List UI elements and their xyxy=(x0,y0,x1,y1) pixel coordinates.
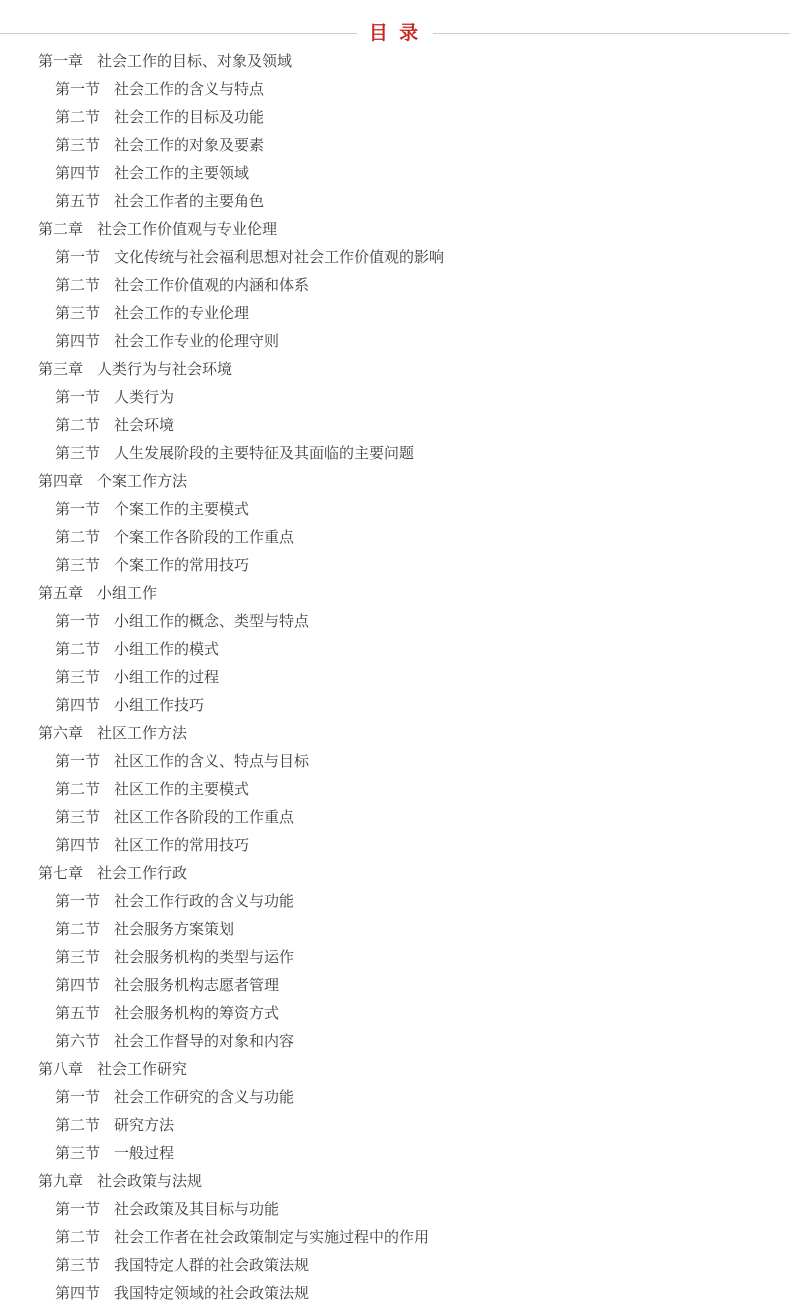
chapter-title: 社会工作行政 xyxy=(97,865,187,882)
chapter-title: 个案工作方法 xyxy=(97,473,187,490)
toc-section-row: 第三节我国特定人群的社会政策法规 xyxy=(0,1252,790,1280)
toc-section-row: 第三节社会工作的对象及要素 xyxy=(0,132,790,160)
chapter-label: 第二章 xyxy=(38,221,83,238)
section-title: 社会工作的主要领域 xyxy=(114,165,249,182)
section-title: 社区工作的含义、特点与目标 xyxy=(114,753,309,770)
section-label: 第五节 xyxy=(55,193,100,210)
section-title: 社会服务方案策划 xyxy=(114,921,234,938)
section-title: 社会政策及其目标与功能 xyxy=(114,1201,279,1218)
chapter-label: 第四章 xyxy=(38,473,83,490)
section-label: 第一节 xyxy=(55,893,100,910)
toc-chapter-row: 第九章社会政策与法规 xyxy=(0,1168,790,1196)
toc-section-row: 第二节社会工作的目标及功能 xyxy=(0,104,790,132)
section-label: 第三节 xyxy=(55,1145,100,1162)
toc-section-row: 第三节社会服务机构的类型与运作 xyxy=(0,944,790,972)
section-label: 第三节 xyxy=(55,949,100,966)
section-label: 第一节 xyxy=(55,753,100,770)
section-title: 社会工作者的主要角色 xyxy=(114,193,264,210)
section-label: 第五节 xyxy=(55,1005,100,1022)
section-label: 第二节 xyxy=(55,641,100,658)
chapter-title: 社会工作研究 xyxy=(97,1061,187,1078)
toc-section-row: 第二节社会服务方案策划 xyxy=(0,916,790,944)
section-title: 研究方法 xyxy=(114,1117,174,1134)
section-title: 社会环境 xyxy=(114,417,174,434)
chapter-label: 第一章 xyxy=(38,53,83,70)
section-title: 社会工作的对象及要素 xyxy=(114,137,264,154)
header-rule-right xyxy=(433,33,790,34)
section-label: 第三节 xyxy=(55,445,100,462)
section-title: 小组工作技巧 xyxy=(114,697,204,714)
toc-chapter-row: 第六章社区工作方法 xyxy=(0,720,790,748)
section-title: 文化传统与社会福利思想对社会工作价值观的影响 xyxy=(114,249,444,266)
toc-section-row: 第四节社会工作专业的伦理守则 xyxy=(0,328,790,356)
section-label: 第二节 xyxy=(55,1229,100,1246)
toc-header: 目 录 xyxy=(0,0,790,43)
toc-chapter-row: 第四章个案工作方法 xyxy=(0,468,790,496)
section-label: 第四节 xyxy=(55,165,100,182)
section-label: 第一节 xyxy=(55,249,100,266)
section-label: 第二节 xyxy=(55,921,100,938)
section-title: 个案工作的常用技巧 xyxy=(114,557,249,574)
section-title: 小组工作的概念、类型与特点 xyxy=(114,613,309,630)
section-title: 社会服务机构的类型与运作 xyxy=(114,949,294,966)
section-label: 第一节 xyxy=(55,501,100,518)
section-title: 社会工作专业的伦理守则 xyxy=(114,333,279,350)
section-title: 个案工作的主要模式 xyxy=(114,501,249,518)
section-label: 第三节 xyxy=(55,1257,100,1274)
section-label: 第一节 xyxy=(55,1089,100,1106)
section-title: 社会工作价值观的内涵和体系 xyxy=(114,277,309,294)
section-title: 社会服务机构的筹资方式 xyxy=(114,1005,279,1022)
section-label: 第四节 xyxy=(55,697,100,714)
chapter-label: 第七章 xyxy=(38,865,83,882)
chapter-label: 第九章 xyxy=(38,1173,83,1190)
toc-section-row: 第一节个案工作的主要模式 xyxy=(0,496,790,524)
section-label: 第三节 xyxy=(55,809,100,826)
section-label: 第六节 xyxy=(55,1033,100,1050)
toc-chapter-row: 第八章社会工作研究 xyxy=(0,1056,790,1084)
section-title: 人生发展阶段的主要特征及其面临的主要问题 xyxy=(114,445,414,462)
chapter-title: 人类行为与社会环境 xyxy=(97,361,232,378)
section-title: 社会工作行政的含义与功能 xyxy=(114,893,294,910)
section-label: 第一节 xyxy=(55,613,100,630)
toc-chapter-row: 第二章社会工作价值观与专业伦理 xyxy=(0,216,790,244)
section-label: 第二节 xyxy=(55,417,100,434)
toc-section-row: 第一节小组工作的概念、类型与特点 xyxy=(0,608,790,636)
section-label: 第一节 xyxy=(55,389,100,406)
toc-section-row: 第三节一般过程 xyxy=(0,1140,790,1168)
toc-chapter-row: 第五章小组工作 xyxy=(0,580,790,608)
toc-section-row: 第二节社会工作者在社会政策制定与实施过程中的作用 xyxy=(0,1224,790,1252)
section-label: 第三节 xyxy=(55,137,100,154)
section-label: 第二节 xyxy=(55,109,100,126)
section-label: 第三节 xyxy=(55,557,100,574)
section-title: 我国特定领域的社会政策法规 xyxy=(114,1285,309,1302)
toc-section-row: 第二节社会环境 xyxy=(0,412,790,440)
chapter-title: 社会工作的目标、对象及领域 xyxy=(97,53,292,70)
toc-chapter-row: 第一章社会工作的目标、对象及领域 xyxy=(0,48,790,76)
toc-section-row: 第二节社会工作价值观的内涵和体系 xyxy=(0,272,790,300)
toc-section-row: 第一节文化传统与社会福利思想对社会工作价值观的影响 xyxy=(0,244,790,272)
toc-list: 第一章社会工作的目标、对象及领域第一节社会工作的含义与特点第二节社会工作的目标及… xyxy=(0,48,790,1307)
header-rule-left xyxy=(0,33,357,34)
toc-section-row: 第四节我国特定领域的社会政策法规 xyxy=(0,1280,790,1307)
toc-section-row: 第五节社会工作者的主要角色 xyxy=(0,188,790,216)
section-label: 第三节 xyxy=(55,305,100,322)
chapter-title: 社会政策与法规 xyxy=(97,1173,202,1190)
section-label: 第二节 xyxy=(55,529,100,546)
section-title: 小组工作的模式 xyxy=(114,641,219,658)
toc-section-row: 第三节个案工作的常用技巧 xyxy=(0,552,790,580)
chapter-label: 第三章 xyxy=(38,361,83,378)
chapter-title: 社会工作价值观与专业伦理 xyxy=(97,221,277,238)
section-title: 社会工作的目标及功能 xyxy=(114,109,264,126)
toc-chapter-row: 第七章社会工作行政 xyxy=(0,860,790,888)
toc-section-row: 第三节社区工作各阶段的工作重点 xyxy=(0,804,790,832)
section-label: 第四节 xyxy=(55,837,100,854)
page-title: 目 录 xyxy=(357,24,433,43)
toc-section-row: 第二节个案工作各阶段的工作重点 xyxy=(0,524,790,552)
toc-page: 目 录 第一章社会工作的目标、对象及领域第一节社会工作的含义与特点第二节社会工作… xyxy=(0,0,790,1307)
toc-section-row: 第一节社会工作的含义与特点 xyxy=(0,76,790,104)
toc-section-row: 第一节人类行为 xyxy=(0,384,790,412)
chapter-label: 第五章 xyxy=(38,585,83,602)
toc-chapter-row: 第三章人类行为与社会环境 xyxy=(0,356,790,384)
section-label: 第四节 xyxy=(55,333,100,350)
chapter-title: 小组工作 xyxy=(97,585,157,602)
toc-section-row: 第六节社会工作督导的对象和内容 xyxy=(0,1028,790,1056)
section-title: 社会工作的含义与特点 xyxy=(114,81,264,98)
toc-section-row: 第四节社会工作的主要领域 xyxy=(0,160,790,188)
section-title: 个案工作各阶段的工作重点 xyxy=(114,529,294,546)
chapter-title: 社区工作方法 xyxy=(97,725,187,742)
toc-section-row: 第四节小组工作技巧 xyxy=(0,692,790,720)
toc-section-row: 第二节研究方法 xyxy=(0,1112,790,1140)
section-title: 社区工作的主要模式 xyxy=(114,781,249,798)
toc-section-row: 第一节社区工作的含义、特点与目标 xyxy=(0,748,790,776)
section-title: 我国特定人群的社会政策法规 xyxy=(114,1257,309,1274)
section-title: 一般过程 xyxy=(114,1145,174,1162)
toc-section-row: 第二节小组工作的模式 xyxy=(0,636,790,664)
section-title: 社会工作者在社会政策制定与实施过程中的作用 xyxy=(114,1229,429,1246)
chapter-label: 第八章 xyxy=(38,1061,83,1078)
section-title: 小组工作的过程 xyxy=(114,669,219,686)
section-title: 人类行为 xyxy=(114,389,174,406)
section-label: 第二节 xyxy=(55,1117,100,1134)
chapter-label: 第六章 xyxy=(38,725,83,742)
toc-section-row: 第一节社会工作行政的含义与功能 xyxy=(0,888,790,916)
toc-section-row: 第二节社区工作的主要模式 xyxy=(0,776,790,804)
section-label: 第三节 xyxy=(55,669,100,686)
section-label: 第一节 xyxy=(55,1201,100,1218)
section-label: 第四节 xyxy=(55,977,100,994)
toc-section-row: 第三节人生发展阶段的主要特征及其面临的主要问题 xyxy=(0,440,790,468)
toc-section-row: 第一节社会工作研究的含义与功能 xyxy=(0,1084,790,1112)
section-title: 社会工作的专业伦理 xyxy=(114,305,249,322)
toc-section-row: 第三节社会工作的专业伦理 xyxy=(0,300,790,328)
section-title: 社会服务机构志愿者管理 xyxy=(114,977,279,994)
section-title: 社会工作研究的含义与功能 xyxy=(114,1089,294,1106)
section-label: 第一节 xyxy=(55,81,100,98)
section-title: 社会工作督导的对象和内容 xyxy=(114,1033,294,1050)
section-title: 社区工作的常用技巧 xyxy=(114,837,249,854)
toc-section-row: 第四节社区工作的常用技巧 xyxy=(0,832,790,860)
toc-section-row: 第五节社会服务机构的筹资方式 xyxy=(0,1000,790,1028)
section-title: 社区工作各阶段的工作重点 xyxy=(114,809,294,826)
toc-section-row: 第四节社会服务机构志愿者管理 xyxy=(0,972,790,1000)
toc-section-row: 第一节社会政策及其目标与功能 xyxy=(0,1196,790,1224)
section-label: 第二节 xyxy=(55,781,100,798)
section-label: 第四节 xyxy=(55,1285,100,1302)
toc-section-row: 第三节小组工作的过程 xyxy=(0,664,790,692)
section-label: 第二节 xyxy=(55,277,100,294)
